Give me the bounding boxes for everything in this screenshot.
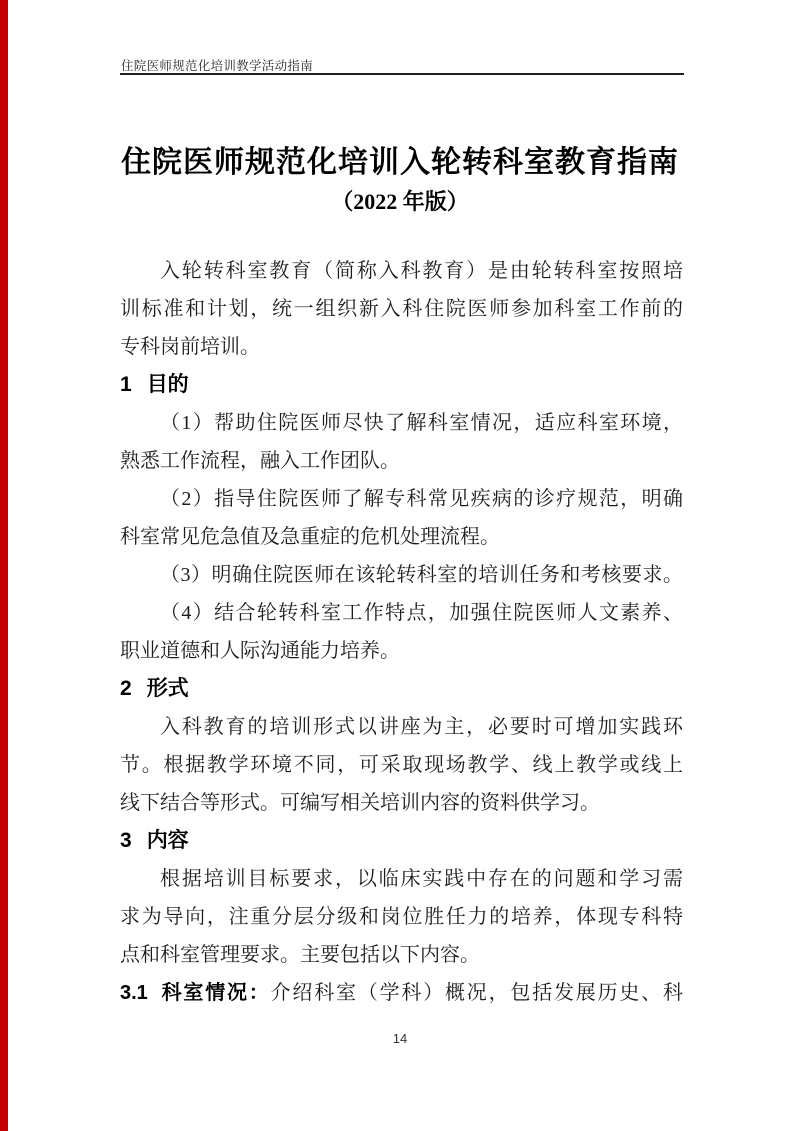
section-number: 2 (120, 670, 132, 708)
line-text: 训标准和计划，统一组织新入科住院医师参加科室工作前的 (120, 298, 683, 320)
section-title: 内容 (147, 829, 189, 852)
section-number: 3 (120, 822, 132, 860)
text-line: 科室常见危急值及急重症的危机处理流程。 (120, 518, 683, 556)
text-line: 求为导向，注重分层分级和岗位胜任力的培养，体现专科特 (120, 898, 683, 936)
line-text: （3）明确住院医师在该轮转科室的培训任务和考核要求。 (160, 564, 683, 586)
line-text: 职业道德和人际沟通能力培养。 (120, 640, 400, 662)
text-line: 根据培训目标要求，以临床实践中存在的问题和学习需 (120, 860, 683, 898)
text-line: （1）帮助住院医师尽快了解科室情况，适应科室环境， (120, 404, 683, 442)
page-number: 14 (0, 1031, 800, 1046)
document-edition: （2022 年版） (60, 185, 740, 216)
text-line: 入科教育的培训形式以讲座为主，必要时可增加实践环 (120, 708, 683, 746)
section-title: 目的 (147, 373, 189, 396)
line-text: 入轮转科室教育（简称入科教育）是由轮转科室按照培 (160, 260, 683, 282)
text-line: 3.1科室情况：介绍科室（学科）概况，包括发展历史、科 (120, 974, 683, 1012)
line-text: 线下结合等形式。可编写相关培训内容的资料供学习。 (120, 792, 600, 814)
text-line: 点和科室管理要求。主要包括以下内容。 (120, 936, 683, 974)
line-text: 熟悉工作流程，融入工作团队。 (120, 450, 400, 472)
line-text: 介绍科室（学科）概况，包括发展历史、科 (271, 982, 683, 1004)
document-body: 入轮转科室教育（简称入科教育）是由轮转科室按照培训标准和计划，统一组织新入科住院… (120, 252, 683, 1012)
line-text: （4）结合轮转科室工作特点，加强住院医师人文素养、 (160, 602, 683, 624)
text-line: 节。根据教学环境不同，可采取现场教学、线上教学或线上 (120, 746, 683, 784)
text-line: （2）指导住院医师了解专科常见疾病的诊疗规范，明确 (120, 480, 683, 518)
text-line: 入轮转科室教育（简称入科教育）是由轮转科室按照培 (120, 252, 683, 290)
subsection-title: 科室情况： (160, 982, 271, 1004)
text-line: 职业道德和人际沟通能力培养。 (120, 632, 683, 670)
text-line: 线下结合等形式。可编写相关培训内容的资料供学习。 (120, 784, 683, 822)
line-text: 求为导向，注重分层分级和岗位胜任力的培养，体现专科特 (120, 906, 683, 928)
section-number: 1 (120, 366, 132, 404)
section-title: 形式 (147, 677, 189, 700)
text-line: 训标准和计划，统一组织新入科住院医师参加科室工作前的 (120, 290, 683, 328)
line-text: （2）指导住院医师了解专科常见疾病的诊疗规范，明确 (160, 488, 683, 510)
text-line: （3）明确住院医师在该轮转科室的培训任务和考核要求。 (120, 556, 683, 594)
line-text: 根据培训目标要求，以临床实践中存在的问题和学习需 (160, 868, 683, 890)
text-line: 专科岗前培训。 (120, 328, 683, 366)
document-title: 住院医师规范化培训入轮转科室教育指南 (60, 137, 740, 181)
header-rule (120, 73, 684, 75)
line-text: 点和科室管理要求。主要包括以下内容。 (120, 944, 480, 966)
line-text: 入科教育的培训形式以讲座为主，必要时可增加实践环 (160, 716, 683, 738)
running-header: 住院医师规范化培训教学活动指南 (121, 56, 685, 74)
document-page: 住院医师规范化培训教学活动指南 住院医师规范化培训入轮转科室教育指南 （2022… (0, 0, 800, 1131)
text-line: 熟悉工作流程，融入工作团队。 (120, 442, 683, 480)
section-heading: 2形式 (120, 670, 683, 708)
line-text: 节。根据教学环境不同，可采取现场教学、线上教学或线上 (120, 754, 683, 776)
line-text: 专科岗前培训。 (120, 336, 260, 358)
subsection-number: 3.1 (120, 982, 148, 1004)
line-text: 科室常见危急值及急重症的危机处理流程。 (120, 526, 500, 548)
left-red-strip (0, 0, 8, 1131)
text-line: （4）结合轮转科室工作特点，加强住院医师人文素养、 (120, 594, 683, 632)
section-heading: 1目的 (120, 366, 683, 404)
line-text: （1）帮助住院医师尽快了解科室情况，适应科室环境， (160, 412, 683, 434)
section-heading: 3内容 (120, 822, 683, 860)
